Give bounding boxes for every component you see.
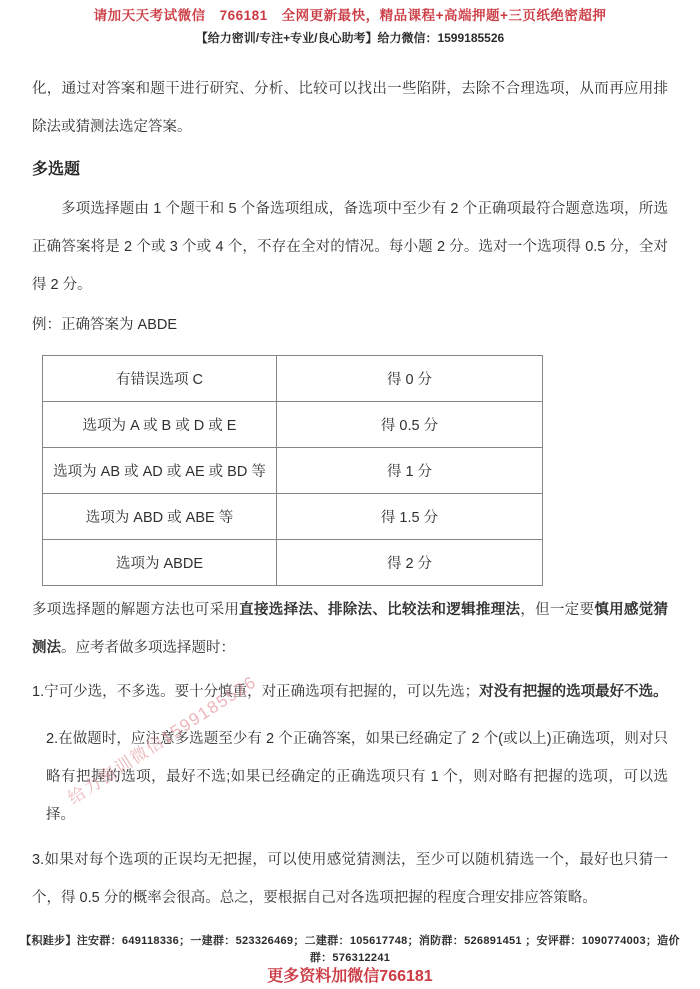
intro-paragraph: 化，通过对答案和题干进行研究、分析、比较可以找出一些陷阱，去除不合理选项，从而再… <box>32 70 668 146</box>
footer-groups-line2: 群：576312241 <box>0 950 700 967</box>
score-condition-cell: 选项为 AB 或 AD 或 AE 或 BD 等 <box>43 448 277 494</box>
score-value-cell: 得 1.5 分 <box>277 494 543 540</box>
score-value-cell: 得 0.5 分 <box>277 402 543 448</box>
score-table-row: 选项为 ABDE得 2 分 <box>43 540 543 586</box>
header-contact-line: 【给力密训/专注+专业/良心助考】给力微信：1599185526 <box>0 30 700 46</box>
tip-2-paragraph: 2.在做题时，应注意多选题至少有 2 个正确答案，如果已经确定了 2 个(或以上… <box>32 720 668 834</box>
header-promo-line: 请加天天考试微信 766181 全网更新最快，精品课程+高端押题+三页纸绝密超押 <box>0 7 700 25</box>
methods-paragraph: 多项选择题的解题方法也可采用直接选择法、排除法、比较法和逻辑推理法，但一定要慎用… <box>32 591 668 667</box>
score-value-cell: 得 0 分 <box>277 356 543 402</box>
tip-3-text: 3.如果对每个选项的正误均无把握，可以使用感觉猜测法，至少可以随机猜选一个，最好… <box>32 852 668 906</box>
document-body: 化，通过对答案和题干进行研究、分析、比较可以找出一些陷阱，去除不合理选项，从而再… <box>0 70 700 917</box>
example-label: 例：正确答案为 ABDE <box>32 306 668 344</box>
section-heading-multiple-choice: 多选题 <box>32 155 668 185</box>
score-condition-cell: 选项为 ABD 或 ABE 等 <box>43 494 277 540</box>
score-value-cell: 得 1 分 <box>277 448 543 494</box>
score-condition-cell: 选项为 A 或 B 或 D 或 E <box>43 402 277 448</box>
score-table-row: 有错误选项 C得 0 分 <box>43 356 543 402</box>
score-table-row: 选项为 ABD 或 ABE 等得 1.5 分 <box>43 494 543 540</box>
page-header: 请加天天考试微信 766181 全网更新最快，精品课程+高端押题+三页纸绝密超押… <box>0 0 700 46</box>
tip-2-text: 2.在做题时，应注意多选题至少有 2 个正确答案，如果已经确定了 2 个(或以上… <box>46 731 668 823</box>
section-description: 多项选择题由 1 个题干和 5 个备选项组成，备选项中至少有 2 个正确项最符合… <box>32 190 668 304</box>
footer-groups-line1: 【积跬步】注安群：649118336；一建群：523326469；二建群：105… <box>0 933 700 950</box>
footer-promo-line: 更多资料加微信766181 <box>0 967 700 987</box>
methods-text: ，但一定要 <box>520 602 594 618</box>
score-condition-cell: 有错误选项 C <box>43 356 277 402</box>
tip-1-text: 1.宁可少选，不多选。要十分慎重，对正确选项有把握的，可以先选； <box>32 684 479 700</box>
methods-text: 。应考者做多项选择题时： <box>61 640 235 656</box>
methods-bold-techniques: 直接选择法、排除法、比较法和逻辑推理法 <box>239 602 520 618</box>
tip-1-paragraph: 1.宁可少选，不多选。要十分慎重，对正确选项有把握的，可以先选；对没有把握的选项… <box>32 673 668 711</box>
score-table-row: 选项为 A 或 B 或 D 或 E得 0.5 分 <box>43 402 543 448</box>
document-page: 请加天天考试微信 766181 全网更新最快，精品课程+高端押题+三页纸绝密超押… <box>0 0 700 989</box>
score-table: 有错误选项 C得 0 分选项为 A 或 B 或 D 或 E得 0.5 分选项为 … <box>42 355 543 586</box>
tip-3-paragraph: 3.如果对每个选项的正误均无把握，可以使用感觉猜测法，至少可以随机猜选一个，最好… <box>32 841 668 917</box>
score-condition-cell: 选项为 ABDE <box>43 540 277 586</box>
tip-1-bold: 对没有把握的选项最好不选。 <box>479 684 668 700</box>
score-value-cell: 得 2 分 <box>277 540 543 586</box>
score-table-row: 选项为 AB 或 AD 或 AE 或 BD 等得 1 分 <box>43 448 543 494</box>
methods-text: 多项选择题的解题方法也可采用 <box>32 602 239 618</box>
page-footer: 【积跬步】注安群：649118336；一建群：523326469；二建群：105… <box>0 933 700 987</box>
